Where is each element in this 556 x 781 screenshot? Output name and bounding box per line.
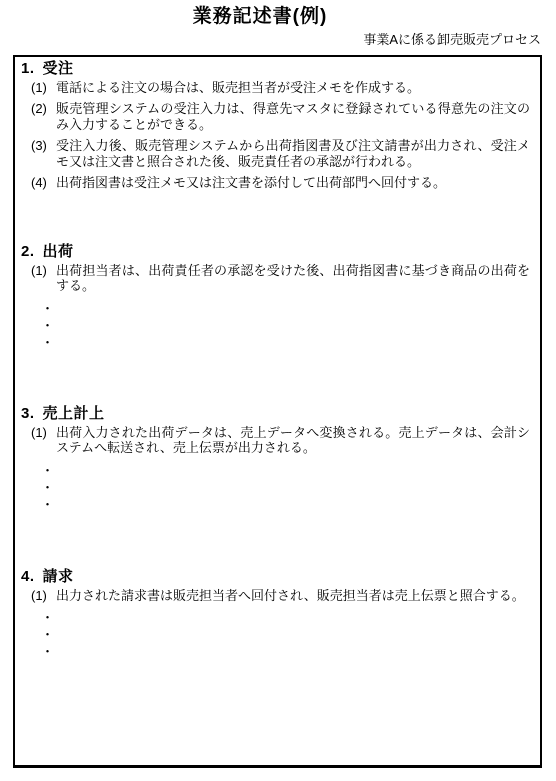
placeholder-dot: ・ — [15, 609, 540, 626]
section-order-receipt: 1.受注(1)電話による注文の場合は、販売担当者が受注メモを作成する。(2)販売… — [15, 60, 540, 243]
placeholder-dot: ・ — [15, 462, 540, 479]
process-item: (1)出力された請求書は販売担当者へ回付され、販売担当者は売上伝票と照合する。 — [15, 588, 540, 603]
process-item: (4)出荷指図書は受注メモ又は注文書を添付して出荷部門へ回付する。 — [15, 175, 540, 190]
section-billing: 4.請求(1)出力された請求書は販売担当者へ回付され、販売担当者は売上伝票と照合… — [15, 568, 540, 660]
section-number: 1. — [21, 60, 35, 77]
placeholder-dots: ・・・ — [15, 462, 540, 513]
section-number: 3. — [21, 405, 35, 422]
item-text: 出荷入力された出荷データは、売上データへ変換される。売上データは、会計システムへ… — [56, 425, 530, 455]
section-heading: 1.受注 — [15, 60, 540, 78]
placeholder-dots: ・・・ — [15, 609, 540, 660]
item-text: 出力された請求書は販売担当者へ回付され、販売担当者は売上伝票と照合する。 — [56, 588, 525, 603]
item-marker: (1) — [31, 263, 47, 278]
item-marker: (4) — [31, 175, 47, 190]
section-heading: 3.売上計上 — [15, 405, 540, 423]
placeholder-dot: ・ — [15, 479, 540, 496]
process-item: (1)出荷入力された出荷データは、売上データへ変換される。売上データは、会計シス… — [15, 425, 540, 456]
section-heading: 2.出荷 — [15, 243, 540, 261]
placeholder-dot: ・ — [15, 317, 540, 334]
placeholder-dot: ・ — [15, 300, 540, 317]
item-marker: (1) — [31, 425, 47, 440]
section-heading: 4.請求 — [15, 568, 540, 586]
document-subtitle: 事業Aに係る卸売販売プロセス — [0, 33, 556, 46]
item-text: 販売管理システムの受注入力は、得意先マスタに登録されている得意先の注文のみ入力す… — [56, 101, 530, 131]
process-item: (3)受注入力後、販売管理システムから出荷指図書及び注文請書が出力され、受注メモ… — [15, 138, 540, 169]
page: { "document": { "title": "業務記述書(例)", "su… — [0, 0, 556, 781]
item-text: 出荷指図書は受注メモ又は注文書を添付して出荷部門へ回付する。 — [56, 175, 446, 190]
section-sales-recording: 3.売上計上(1)出荷入力された出荷データは、売上データへ変換される。売上データ… — [15, 405, 540, 568]
process-item: (2)販売管理システムの受注入力は、得意先マスタに登録されている得意先の注文のみ… — [15, 101, 540, 132]
document-title: 業務記述書(例) — [0, 0, 520, 28]
placeholder-dot: ・ — [15, 496, 540, 513]
process-item: (1)電話による注文の場合は、販売担当者が受注メモを作成する。 — [15, 80, 540, 95]
item-marker: (1) — [31, 588, 47, 603]
section-shipping: 2.出荷(1)出荷担当者は、出荷責任者の承認を受けた後、出荷指図書に基づき商品の… — [15, 243, 540, 405]
section-title: 売上計上 — [43, 405, 105, 422]
item-text: 出荷担当者は、出荷責任者の承認を受けた後、出荷指図書に基づき商品の出荷をする。 — [56, 263, 530, 293]
section-title: 受注 — [43, 60, 74, 77]
item-text: 受注入力後、販売管理システムから出荷指図書及び注文請書が出力され、受注メモ又は注… — [56, 138, 530, 168]
item-text: 電話による注文の場合は、販売担当者が受注メモを作成する。 — [56, 80, 420, 95]
section-number: 4. — [21, 568, 35, 585]
item-marker: (1) — [31, 80, 47, 95]
placeholder-dots: ・・・ — [15, 300, 540, 351]
process-item: (1)出荷担当者は、出荷責任者の承認を受けた後、出荷指図書に基づき商品の出荷をす… — [15, 263, 540, 294]
section-title: 請求 — [43, 568, 74, 585]
placeholder-dot: ・ — [15, 626, 540, 643]
placeholder-dot: ・ — [15, 334, 540, 351]
item-marker: (3) — [31, 138, 47, 153]
section-number: 2. — [21, 243, 35, 260]
section-title: 出荷 — [43, 243, 74, 260]
placeholder-dot: ・ — [15, 643, 540, 660]
item-marker: (2) — [31, 101, 47, 116]
document-box: 1.受注(1)電話による注文の場合は、販売担当者が受注メモを作成する。(2)販売… — [13, 55, 542, 768]
